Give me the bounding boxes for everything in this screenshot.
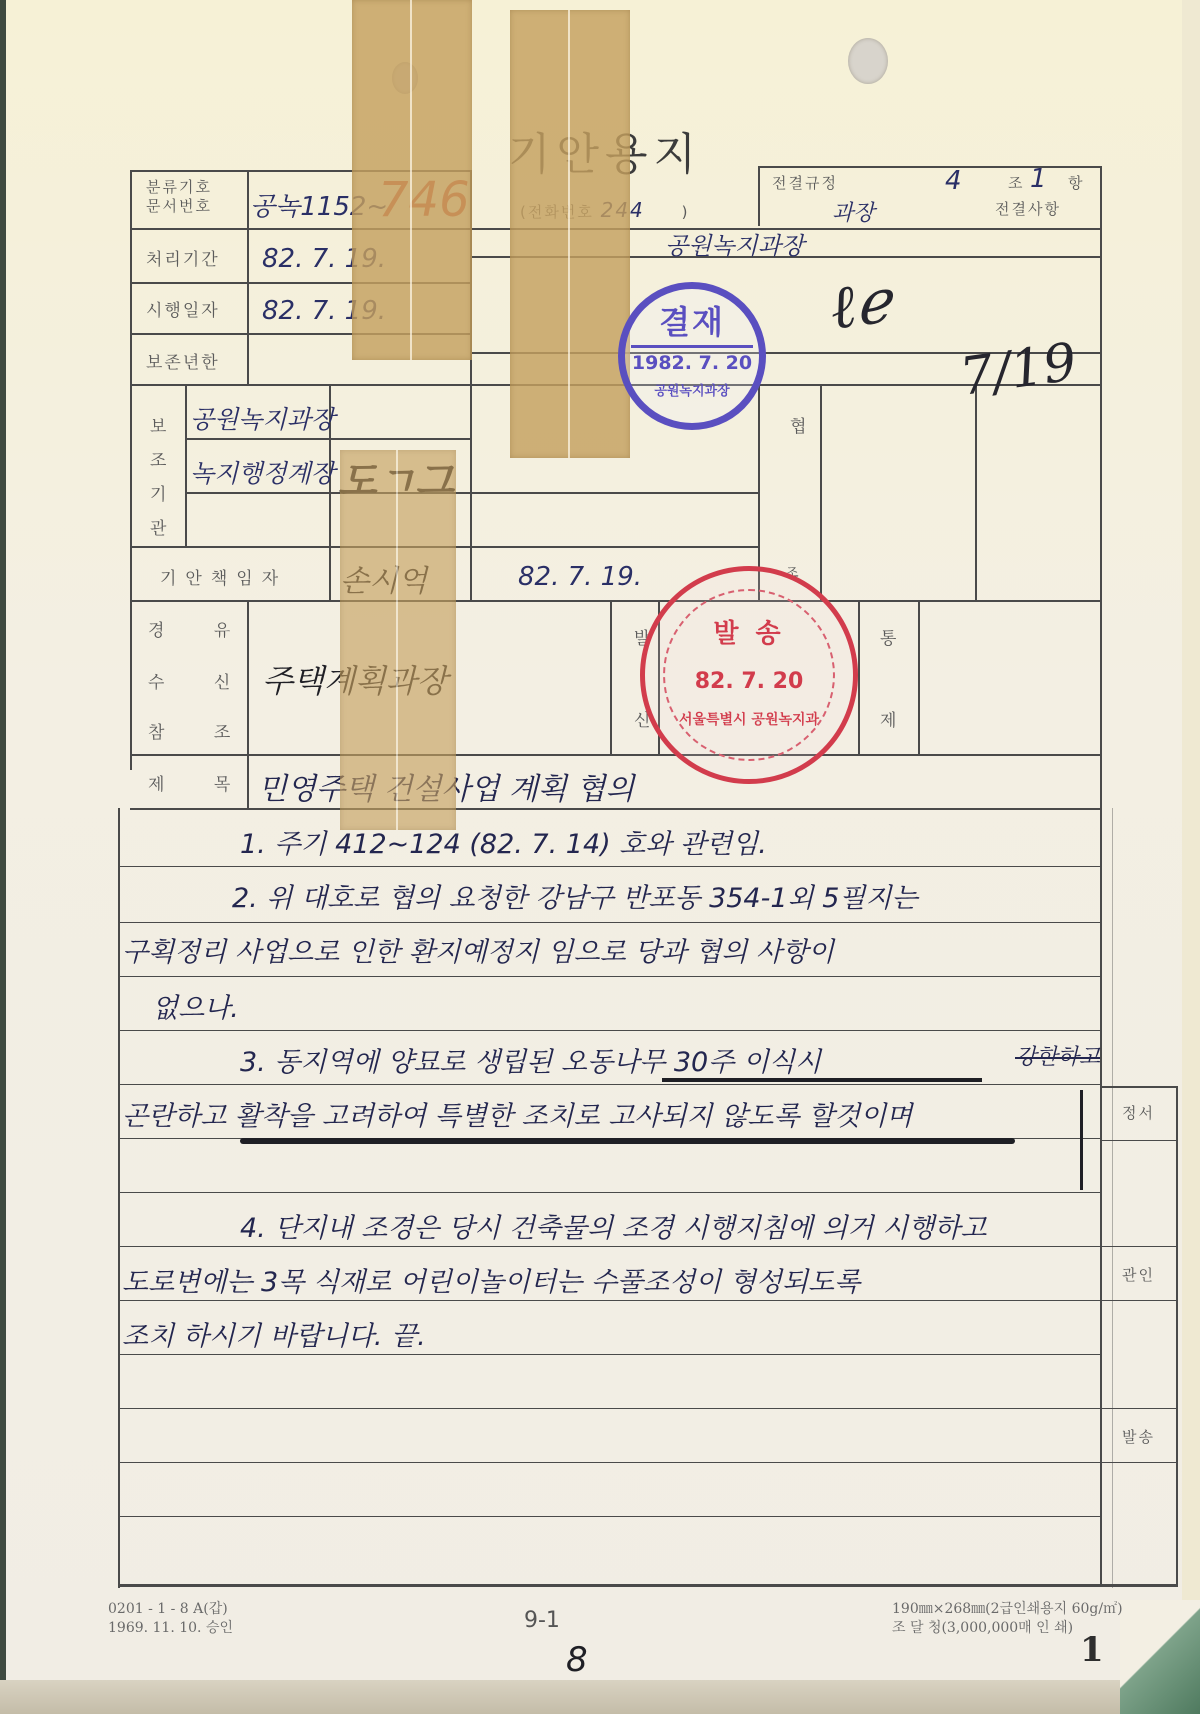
folder-edge xyxy=(0,0,6,1714)
approval-matter-label: 전결사항 xyxy=(995,198,1061,219)
dispatch-stamp-org: 서울특별시 공원녹지과 xyxy=(645,709,853,729)
article-label: 조 xyxy=(1008,172,1025,193)
divider xyxy=(247,600,249,808)
ruled-line xyxy=(118,1462,1100,1463)
divider xyxy=(1100,1246,1178,1247)
page-number: 1 xyxy=(1080,1630,1104,1670)
ruled-line xyxy=(118,1246,1100,1247)
ruled-line xyxy=(118,976,1100,977)
divider xyxy=(130,600,1102,602)
ruled-line xyxy=(118,1030,1100,1031)
recipient-char: 신 xyxy=(214,673,232,693)
ruled-line xyxy=(118,1408,1100,1409)
divider xyxy=(1100,1300,1178,1301)
side-box-clean-copy: 정서 xyxy=(1122,1102,1155,1123)
divider xyxy=(185,438,470,440)
approval-rule-article: 4 xyxy=(945,166,962,196)
side-box-border xyxy=(1100,1088,1102,1586)
underline-mark xyxy=(662,1078,982,1082)
divider xyxy=(185,384,187,546)
punch-hole-icon xyxy=(848,38,888,84)
auxiliary-entry-1: 공원녹지과장 xyxy=(190,400,335,436)
reference-label: 참 조 xyxy=(148,718,232,743)
form-code: 0201 - 1 - 8 A(갑) 1969. 11. 10. 승인 xyxy=(108,1600,233,1638)
auxiliary-entry-2: 녹지행정계장 xyxy=(190,454,335,490)
recipient-char: 수 xyxy=(148,673,166,693)
divider xyxy=(610,600,612,754)
via-char: 유 xyxy=(214,621,232,641)
body-line-3: 구획정리 사업으로 인한 환지예정지 임으로 당과 협의 사항이 xyxy=(122,930,834,969)
form-bottom-border xyxy=(118,1584,1178,1587)
ruled-line xyxy=(118,1084,1100,1085)
divider xyxy=(1100,1140,1178,1141)
adhesive-tape xyxy=(352,0,472,360)
body-line-4: 없으나. xyxy=(152,986,239,1025)
retention-period-label: 보존년한 xyxy=(146,348,220,373)
paper-bottom-edge xyxy=(0,1680,1200,1714)
side-box-dispatch: 발송 xyxy=(1122,1426,1155,1447)
subject-char: 제 xyxy=(148,775,166,795)
divider xyxy=(130,808,1102,810)
adhesive-tape xyxy=(510,10,630,458)
processing-period-label: 처리기간 xyxy=(146,245,220,270)
side-box-border xyxy=(1176,1088,1178,1586)
divider xyxy=(1100,1086,1178,1088)
ruled-line xyxy=(118,866,1100,867)
side-box-official-seal: 관인 xyxy=(1122,1264,1155,1285)
ruled-line xyxy=(118,1354,1100,1355)
approval-rule-label: 전결규정 xyxy=(772,172,838,193)
form-code-text: 0201 - 1 - 8 A(갑) xyxy=(108,1600,233,1619)
divider xyxy=(1100,1408,1178,1409)
classification-label-line2: 문서번호 xyxy=(146,197,212,216)
ruled-line xyxy=(118,1192,1100,1193)
divider xyxy=(760,166,1100,168)
approver-title: 공원녹지과장 xyxy=(665,226,804,261)
divider xyxy=(918,600,920,754)
approval-stamp: 결재 1982. 7. 20 공원녹지과장 xyxy=(618,282,766,430)
divider xyxy=(1100,600,1102,610)
divider xyxy=(130,754,1102,756)
paper-spec-text: 190㎜×268㎜(2급인쇄용지 60g/㎡) xyxy=(892,1600,1123,1619)
form-left-border-body xyxy=(118,808,120,1588)
stamp-bar xyxy=(631,345,753,348)
recipient-label: 수 신 xyxy=(148,668,232,693)
body-line-10: 조치 하시기 바랍니다. 끝. xyxy=(122,1314,426,1353)
divider xyxy=(247,170,249,384)
divider xyxy=(1112,808,1113,1588)
body-line-8: 4. 단지내 조경은 당시 건축물의 조경 시행지침에 의거 시행하고 xyxy=(240,1206,986,1245)
unify-label-2: 제 xyxy=(880,706,898,731)
body-line-5: 3. 동지역에 양묘로 생립된 오동나무 30주 이식시 xyxy=(240,1040,821,1079)
aux-char: 조 xyxy=(150,444,168,478)
dispatch-stamp-date-text: 82. 7. 20 xyxy=(695,669,804,694)
via-label: 경 유 xyxy=(148,616,232,641)
body-line-2: 2. 위 대호로 협의 요청한 강남구 반포동 354-1외 5필지는 xyxy=(232,876,918,915)
approval-stamp-org: 공원녹지과장 xyxy=(625,380,759,399)
auxiliary-label: 보 조 기 관 xyxy=(150,410,168,546)
drafter-label: 기안책임자 xyxy=(160,564,287,589)
unify-label-1: 통 xyxy=(880,624,898,649)
dispatch-stamp-date: 82. 7. 20 xyxy=(645,669,853,694)
folder-corner xyxy=(1120,1600,1200,1714)
drafter-date: 82. 7. 19. xyxy=(518,562,642,592)
body-line-6: 곤란하고 활착을 고려하여 특별한 조치로 고사되지 않도록 할것이며 xyxy=(122,1094,912,1133)
form-left-border-top xyxy=(130,170,132,770)
classification-label: 분류기호 문서번호 xyxy=(146,178,212,216)
approval-matter-value: 과장 xyxy=(832,196,875,227)
dispatch-stamp: 발 송 82. 7. 20 서울특별시 공원녹지과 xyxy=(640,566,858,784)
ink-page-ref: 8 xyxy=(566,1640,588,1680)
ruled-line xyxy=(118,1300,1100,1301)
ruled-line xyxy=(118,922,1100,923)
classification-label-line1: 분류기호 xyxy=(146,178,212,197)
pencil-page-ref: 9-1 xyxy=(524,1608,560,1633)
divider xyxy=(975,384,977,600)
cooperation-label: 협 xyxy=(790,412,808,437)
divider xyxy=(1100,1462,1178,1463)
form-approval-date: 1969. 11. 10. 승인 xyxy=(108,1619,233,1638)
aux-char: 보 xyxy=(150,410,168,444)
reference-char: 조 xyxy=(214,723,232,743)
reference-char: 참 xyxy=(148,723,166,743)
dispatch-stamp-title: 발 송 xyxy=(645,613,853,650)
struck-word: 강한하고 xyxy=(1015,1040,1100,1071)
clause-label: 항 xyxy=(1068,172,1085,193)
approval-stamp-date: 1982. 7. 20 xyxy=(625,352,759,374)
body-line-9: 도로변에는 3목 식재로 어린이놀이터는 수풀조성이 형성되도록 xyxy=(122,1260,860,1299)
divider xyxy=(185,492,760,494)
approver-signature: ℓℯ xyxy=(825,266,895,344)
article-value: 1 xyxy=(1030,164,1047,194)
subject-label: 제 목 xyxy=(148,770,232,795)
body-line-1: 1. 주기 412~124 (82. 7. 14) 호와 관련임. xyxy=(240,822,767,861)
aux-char: 관 xyxy=(150,512,168,546)
divider xyxy=(858,600,860,754)
via-char: 경 xyxy=(148,621,166,641)
approval-stamp-title: 결재 xyxy=(625,297,759,343)
ruled-line xyxy=(118,1516,1100,1517)
underline-mark xyxy=(240,1138,1015,1144)
phone-close: ) xyxy=(682,203,690,221)
aux-char: 기 xyxy=(150,478,168,512)
margin-mark xyxy=(1080,1090,1083,1190)
subject-char: 목 xyxy=(214,775,232,795)
divider xyxy=(758,166,760,226)
adhesive-tape xyxy=(340,450,456,830)
divider xyxy=(820,384,822,600)
effective-date-label: 시행일자 xyxy=(146,296,220,321)
